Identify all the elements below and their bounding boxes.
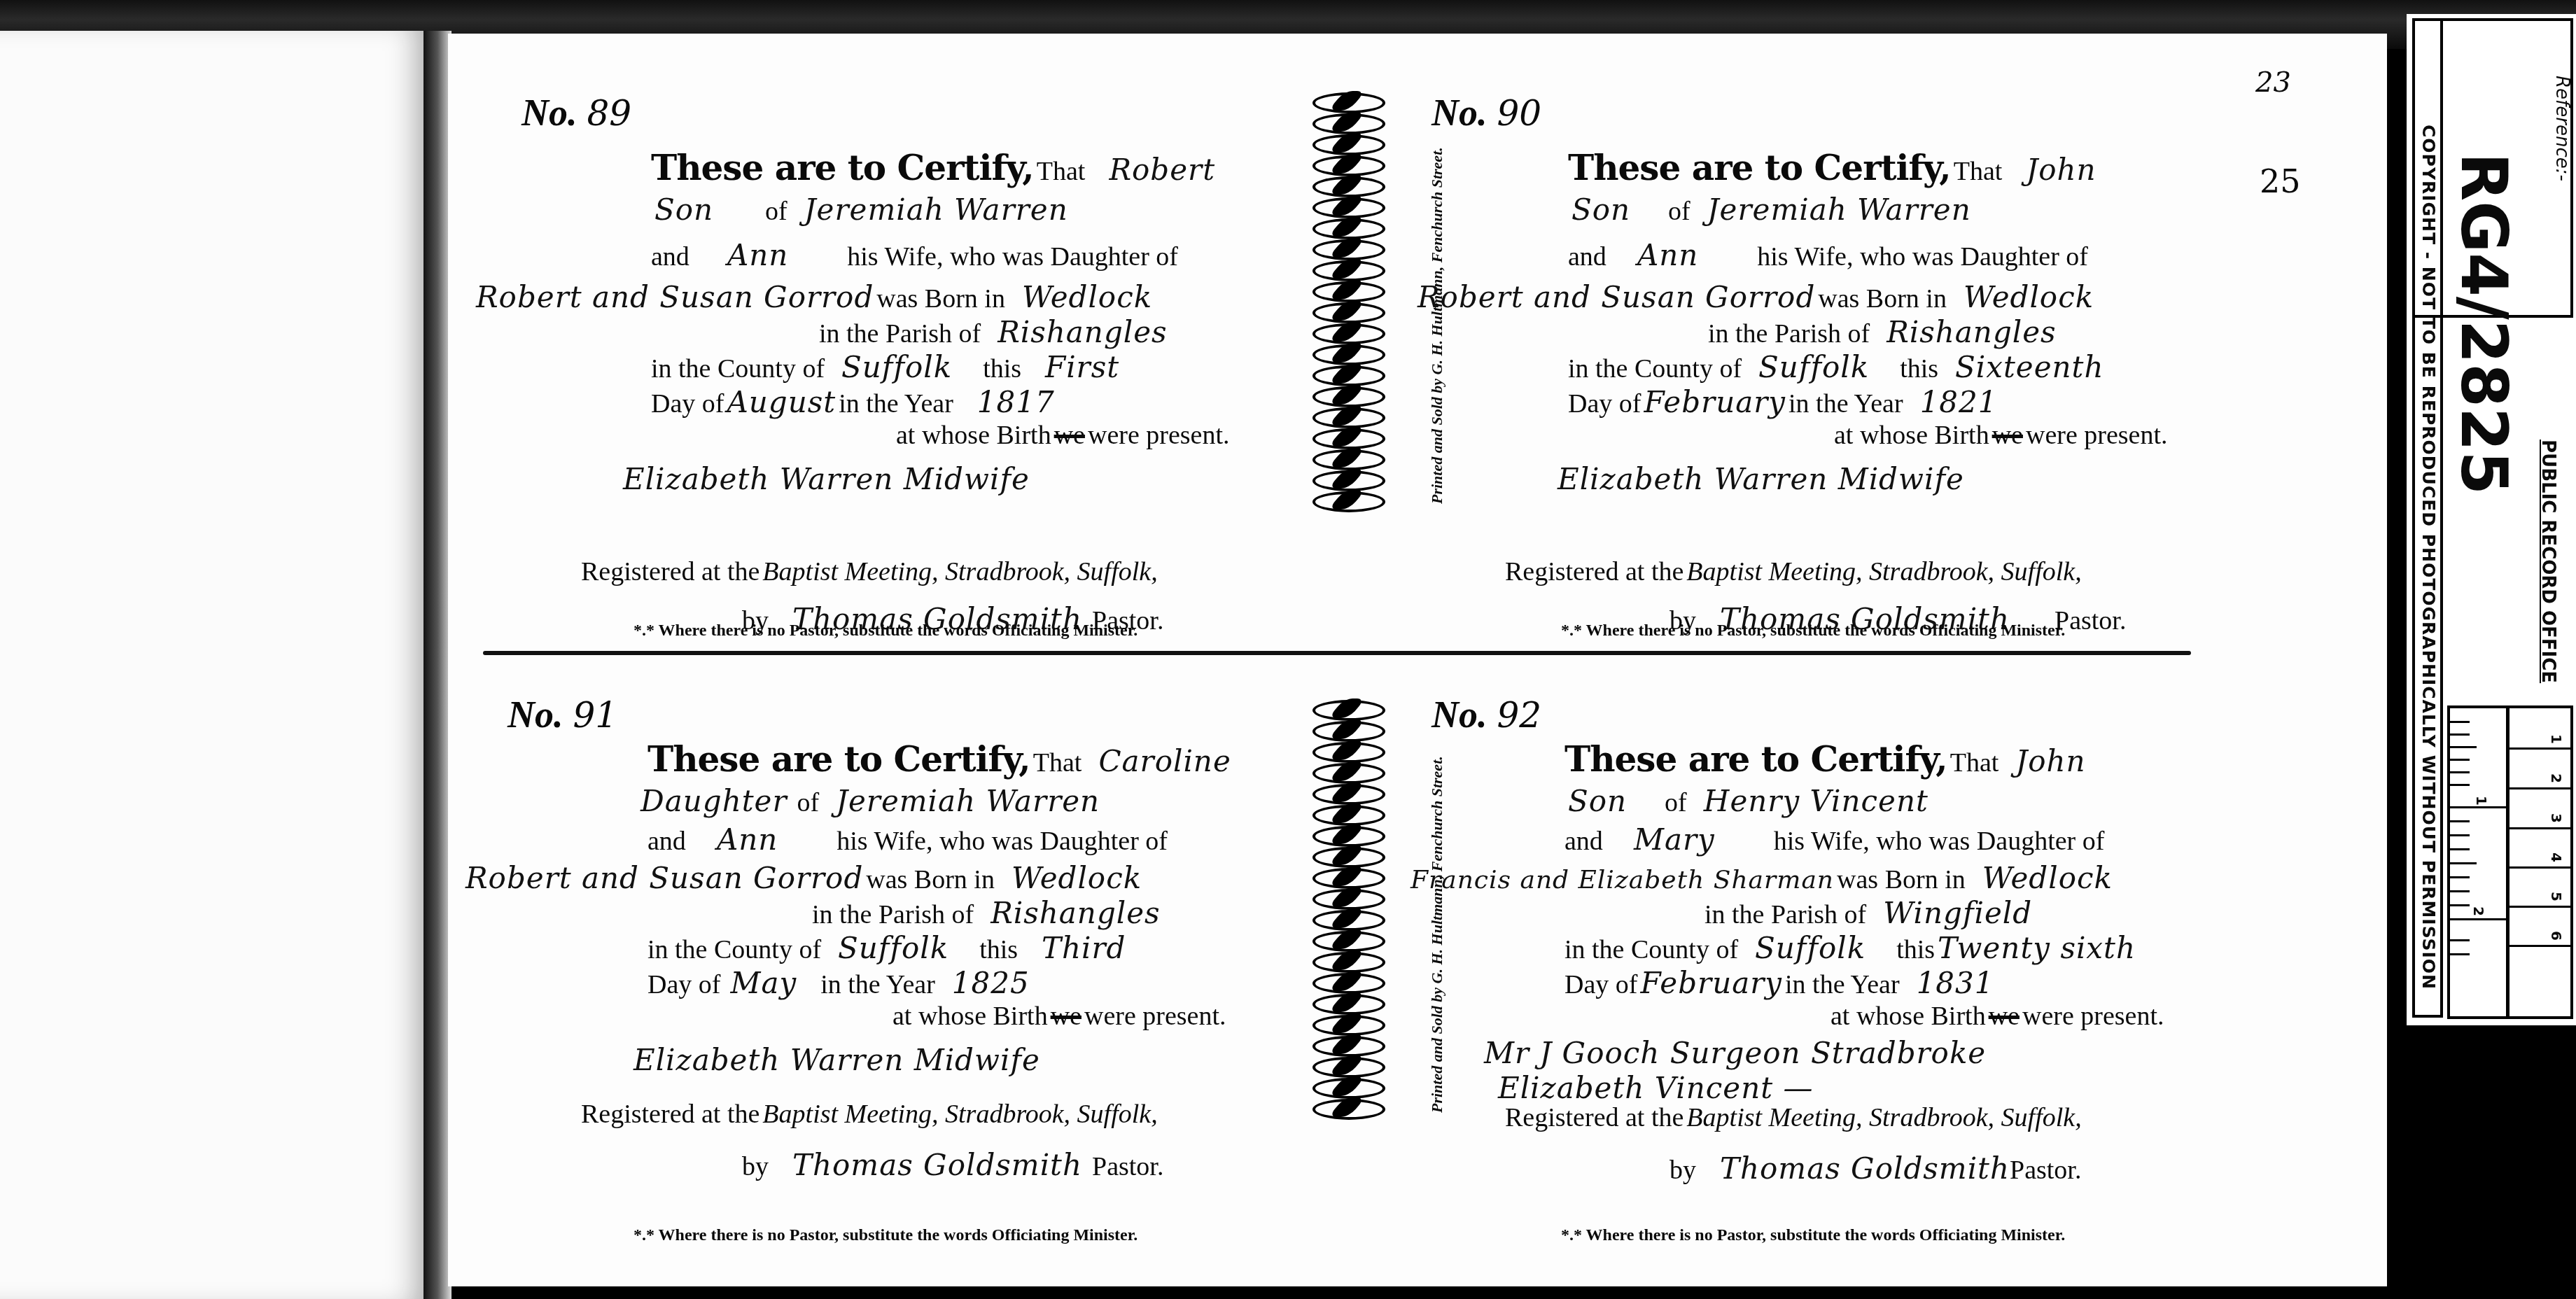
- certificate-number: No.92: [1431, 693, 1541, 736]
- heading: These are to Certify,: [1568, 147, 1951, 188]
- mother-name: Ann: [727, 238, 788, 272]
- maternal-grandparents: Robert and Susan Gorrod: [1417, 280, 1815, 314]
- footnote: *.* Where there is no Pastor, substitute…: [1561, 622, 2065, 640]
- birth-year: 1821: [1920, 385, 1998, 419]
- relation: Son: [1571, 192, 1630, 227]
- witness: Elizabeth Warren Midwife: [633, 1043, 1040, 1077]
- birth-day: Twenty sixth: [1938, 931, 2136, 965]
- born-in: Wedlock: [1982, 861, 2113, 895]
- birth-month: February: [1640, 966, 1782, 1000]
- certificate-number: No.89: [521, 91, 631, 134]
- mother-name: Ann: [1637, 238, 1698, 272]
- parish: Wingfield: [1883, 896, 2032, 930]
- child-name: Caroline: [1098, 744, 1231, 778]
- certificate-number: No.91: [507, 693, 617, 736]
- child-name: John: [2015, 744, 2085, 778]
- child-name: Robert: [1109, 153, 1215, 187]
- birth-month: February: [1644, 385, 1786, 419]
- witness: Elizabeth Vincent —: [1498, 1071, 1813, 1105]
- father-name: Jeremiah Warren: [836, 784, 1100, 818]
- birth-day: Third: [1042, 931, 1126, 965]
- mother-name: Mary: [1634, 822, 1715, 857]
- birth-year: 1831: [1917, 966, 1994, 1000]
- relation: Daughter: [640, 784, 787, 818]
- reference-label: Reference:-: [2551, 76, 2572, 181]
- scroll-ornament-border: [1309, 700, 1386, 1120]
- certificate-92: No.92 These are to Certify, That John So…: [1400, 672, 2254, 1260]
- registrar: Thomas Goldsmith: [1720, 1151, 2010, 1186]
- parish: Rishangles: [1886, 315, 2056, 349]
- county: Suffolk: [838, 931, 948, 965]
- ruler-cm-4: 4: [2548, 852, 2565, 862]
- relation: Son: [1568, 784, 1627, 818]
- birth-year: 1825: [952, 966, 1030, 1000]
- ornament-loop: [1312, 487, 1382, 512]
- ruler-cm-1: 1: [2548, 734, 2565, 744]
- book-gutter: [423, 31, 451, 1299]
- horizontal-divider: [483, 651, 2191, 655]
- father-name: Jeremiah Warren: [804, 192, 1068, 227]
- footnote: *.* Where there is no Pastor, substitute…: [633, 1226, 1137, 1245]
- handwritten-page-number: 23: [2255, 66, 2291, 99]
- parish: Rishangles: [990, 896, 1160, 930]
- ruler-cm-2: 2: [2548, 773, 2565, 783]
- heading: These are to Certify,: [651, 147, 1034, 188]
- ruler-cm-5: 5: [2548, 892, 2565, 901]
- child-name: John: [2026, 153, 2096, 187]
- birth-day: Sixteenth: [1955, 350, 2103, 384]
- birth-year: 1817: [977, 385, 1055, 419]
- born-in: Wedlock: [1022, 280, 1152, 314]
- relation: Son: [654, 192, 713, 227]
- stamped-folio-number: 25: [2260, 162, 2301, 200]
- born-in: Wedlock: [1011, 861, 1142, 895]
- scale-ruler: 1 2 1 2 3 4 5 6: [2447, 705, 2573, 1019]
- born-in: Wedlock: [1963, 280, 2094, 314]
- certificate-89: No.89 These are to Certify, That Robert …: [455, 63, 1309, 651]
- registrar: Thomas Goldsmith: [792, 1148, 1082, 1182]
- father-name: Jeremiah Warren: [1707, 192, 1971, 227]
- county: Suffolk: [841, 350, 952, 384]
- mother-name: Ann: [717, 822, 778, 857]
- certificate-90: No.90 These are to Certify, That John So…: [1400, 63, 2254, 651]
- left-blank-page: [0, 31, 433, 1299]
- witness: Mr J Gooch Surgeon Stradbroke: [1484, 1036, 1986, 1070]
- archive-reference-label: Reference:- RG4/2825 PUBLIC RECORD OFFIC…: [2387, 6, 2576, 1055]
- ruler-inch-1: 1: [2473, 796, 2490, 806]
- certificate-number: No.90: [1431, 91, 1541, 134]
- parish: Rishangles: [997, 315, 1167, 349]
- maternal-grandparents: Robert and Susan Gorrod: [476, 280, 874, 314]
- birth-month: May: [730, 966, 797, 1000]
- county: Suffolk: [1758, 350, 1869, 384]
- footnote: *.* Where there is no Pastor, substitute…: [1561, 1226, 2065, 1245]
- public-record-office: PUBLIC RECORD OFFICE: [2537, 440, 2558, 683]
- heading: These are to Certify,: [1564, 738, 1947, 780]
- heading: These are to Certify,: [647, 738, 1030, 780]
- ornament-loop: [1312, 1095, 1382, 1120]
- witness: Elizabeth Warren Midwife: [1557, 462, 1964, 496]
- footnote: *.* Where there is no Pastor, substitute…: [633, 622, 1137, 640]
- ruler-inch-2: 2: [2470, 906, 2487, 916]
- ruler-cm-3: 3: [2548, 813, 2565, 823]
- witness: Elizabeth Warren Midwife: [623, 462, 1030, 496]
- birth-month: August: [727, 385, 836, 419]
- reference-number: RG4/2825: [2446, 153, 2520, 495]
- birth-day: First: [1045, 350, 1119, 384]
- certificate-91: No.91 These are to Certify, That Carolin…: [455, 672, 1309, 1260]
- scroll-ornament-border: [1309, 92, 1386, 512]
- copyright-notice: COPYRIGHT - NOT TO BE REPRODUCED PHOTOGR…: [2418, 125, 2439, 990]
- maternal-grandparents: Robert and Susan Gorrod: [465, 861, 863, 895]
- father-name: Henry Vincent: [1704, 784, 1928, 818]
- ruler-cm-6: 6: [2548, 931, 2565, 941]
- county: Suffolk: [1755, 931, 1865, 965]
- maternal-grandparents: Francis and Elizabeth Sharman: [1410, 866, 1834, 894]
